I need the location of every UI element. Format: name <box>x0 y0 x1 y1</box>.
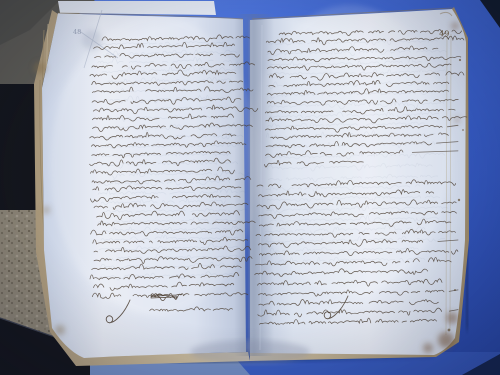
manuscript-photo-canvas: 48 49 <box>0 0 500 375</box>
manuscript-photo: 48 49 <box>0 0 500 375</box>
photo-vignette <box>0 0 500 375</box>
